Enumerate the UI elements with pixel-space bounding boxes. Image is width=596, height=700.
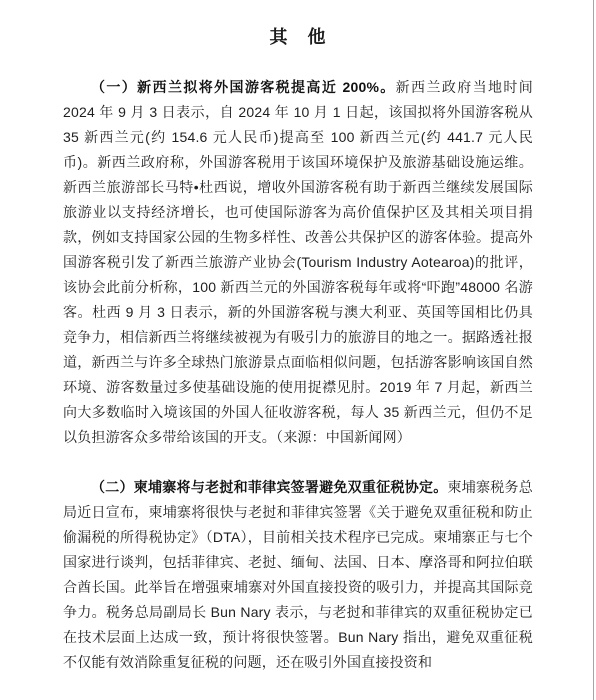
paragraph-cambodia-dta: （二）柬埔寨将与老挝和菲律宾签署避免双重征税协定。柬埔寨税务总局近日宣布，柬埔寨… (63, 475, 533, 675)
page-title: 其 他 (63, 25, 533, 50)
paragraph-lead-cambodia: （二）柬埔寨将与老挝和菲律宾签署避免双重征税协定。 (91, 479, 448, 495)
document-page: 其 他 （一）新西兰拟将外国游客税提高近 200%。新西兰政府当地时间 2024… (0, 0, 596, 700)
paragraph-new-zealand-tourist-tax: （一）新西兰拟将外国游客税提高近 200%。新西兰政府当地时间 2024 年 9… (63, 75, 533, 450)
page-edge-line (593, 0, 594, 700)
paragraph-lead-new-zealand: （一）新西兰拟将外国游客税提高近 200%。 (91, 79, 396, 95)
paragraph-body-cambodia: 柬埔寨税务总局近日宣布，柬埔寨将很快与老挝和菲律宾签署《关于避免双重征税和防止偷… (63, 479, 533, 670)
paragraph-body-new-zealand: 新西兰政府当地时间 2024 年 9 月 3 日表示，自 2024 年 10 月… (63, 79, 533, 445)
